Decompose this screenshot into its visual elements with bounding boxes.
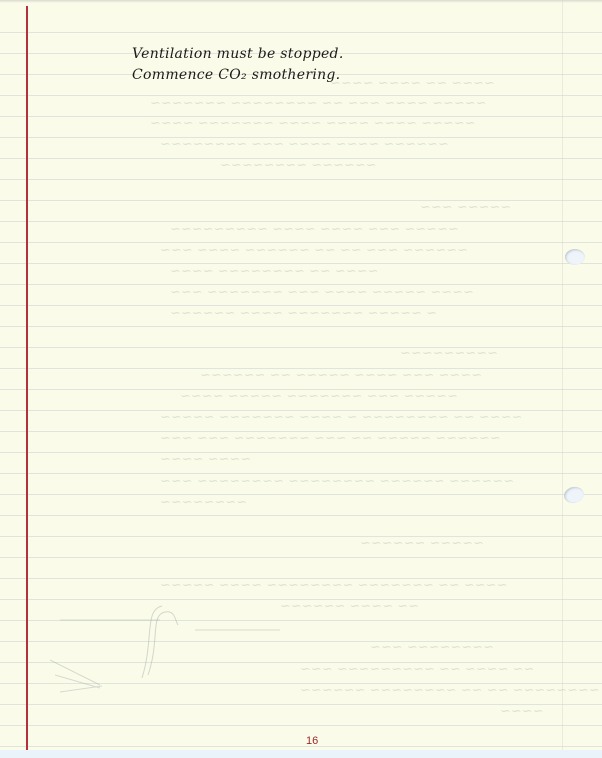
bleed-through: ~~~~ ~~~~ bbox=[160, 452, 251, 467]
handwritten-note: Ventilation must be stopped. Commence CO… bbox=[132, 44, 344, 86]
bleed-through: ~~~~~ ~~~ ~~~~~~~ ~~~~~ ~~~~ bbox=[180, 389, 458, 404]
bleed-through: ~~~~~~ ~~~~~~~~ bbox=[220, 158, 377, 173]
bleed-through: ~~~~~ ~~~~ ~~~~ ~~~~ ~~~~~~~ ~~~~ bbox=[150, 116, 476, 131]
bleed-through: ~~~~~~~~ bbox=[160, 495, 247, 510]
bleed-through: ~~~~ ~~~~~ ~~~~ ~~~ ~~~~~~~ ~~~ bbox=[170, 285, 474, 300]
margin-line bbox=[26, 6, 28, 750]
bleed-through: ~~~~~ ~~~~ ~~~ ~~ ~~~~~~~~ ~~~~~~~ bbox=[150, 96, 487, 111]
bleed-through: ~~~~~~~~~ bbox=[400, 346, 498, 361]
page-top-edge bbox=[0, 0, 602, 3]
bleed-through: ~ ~~~~~ ~~~~~~~ ~~~~ ~~~~~~ bbox=[170, 306, 437, 321]
bleed-through: ~~ ~~~~ ~~ ~~~~~~~~~ ~~~ bbox=[300, 662, 534, 677]
notebook-page: ~~~~ ~~ ~~~~ ~~~~ ~~~~~ ~~~~ ~~~ ~~ ~~~~… bbox=[0, 0, 602, 750]
bleed-through: ~~~~~~ ~~~~ ~~~~ ~~~ ~~~~~~~~ bbox=[160, 137, 449, 152]
bleed-through: ~~~~~ ~~~ bbox=[420, 200, 511, 215]
bleed-through: ~~ ~~~~ ~~~~~~ bbox=[280, 599, 419, 614]
bleed-through: ~~~~~~~~ ~~ ~~ ~~~~~~~~ ~~~~~~ bbox=[300, 683, 600, 698]
bleed-through: ~~~~~~ ~~~~~~ ~~~~~~~~ ~~~~~~~~ ~~~ bbox=[160, 474, 514, 489]
bleed-through: ~~~~ ~~ ~~~~ ~~~~ bbox=[330, 76, 495, 91]
bleed-through: ~~~~ bbox=[500, 704, 544, 719]
bleed-through-sketch bbox=[40, 600, 280, 700]
bleed-through: ~~~~~ ~~~~~~ bbox=[360, 536, 484, 551]
right-guide-line bbox=[562, 0, 563, 750]
punch-hole bbox=[565, 249, 585, 265]
note-line: Ventilation must be stopped. bbox=[132, 44, 344, 65]
scan-background bbox=[0, 750, 602, 758]
note-line: Commence CO₂ smothering. bbox=[132, 65, 344, 86]
bleed-through: ~~~~ ~~ ~~~~~~~ ~~~~~~~~ ~~~~ ~~~~~ bbox=[160, 578, 507, 593]
page-number: 16 bbox=[306, 735, 318, 747]
bleed-through: ~~~~ ~~~ ~~~~ ~~~~~ ~~ ~~~~~~ bbox=[200, 368, 482, 383]
bleed-through: ~~~~~~~~ ~~~ bbox=[370, 640, 494, 655]
bleed-through: ~~~~ ~~ ~~~~~~~~ ~ ~~~~ ~~~~~~~ ~~~~~ bbox=[160, 410, 522, 425]
bleed-through: ~~~~~~ ~~~~~ ~~ ~~~ ~~~~~~~ ~~~ ~~~ bbox=[160, 431, 501, 446]
bleed-through: ~~~~~ ~~~ ~~~~ ~~~~ ~~~~~~~~~ bbox=[170, 222, 459, 237]
bleed-through: ~~~~ ~~ ~~~~~~~~ ~~~~ bbox=[170, 264, 378, 279]
bleed-through: ~~~~~~ ~~~ ~~ ~~ ~~~~~~ ~~~~ ~~~ bbox=[160, 243, 468, 258]
